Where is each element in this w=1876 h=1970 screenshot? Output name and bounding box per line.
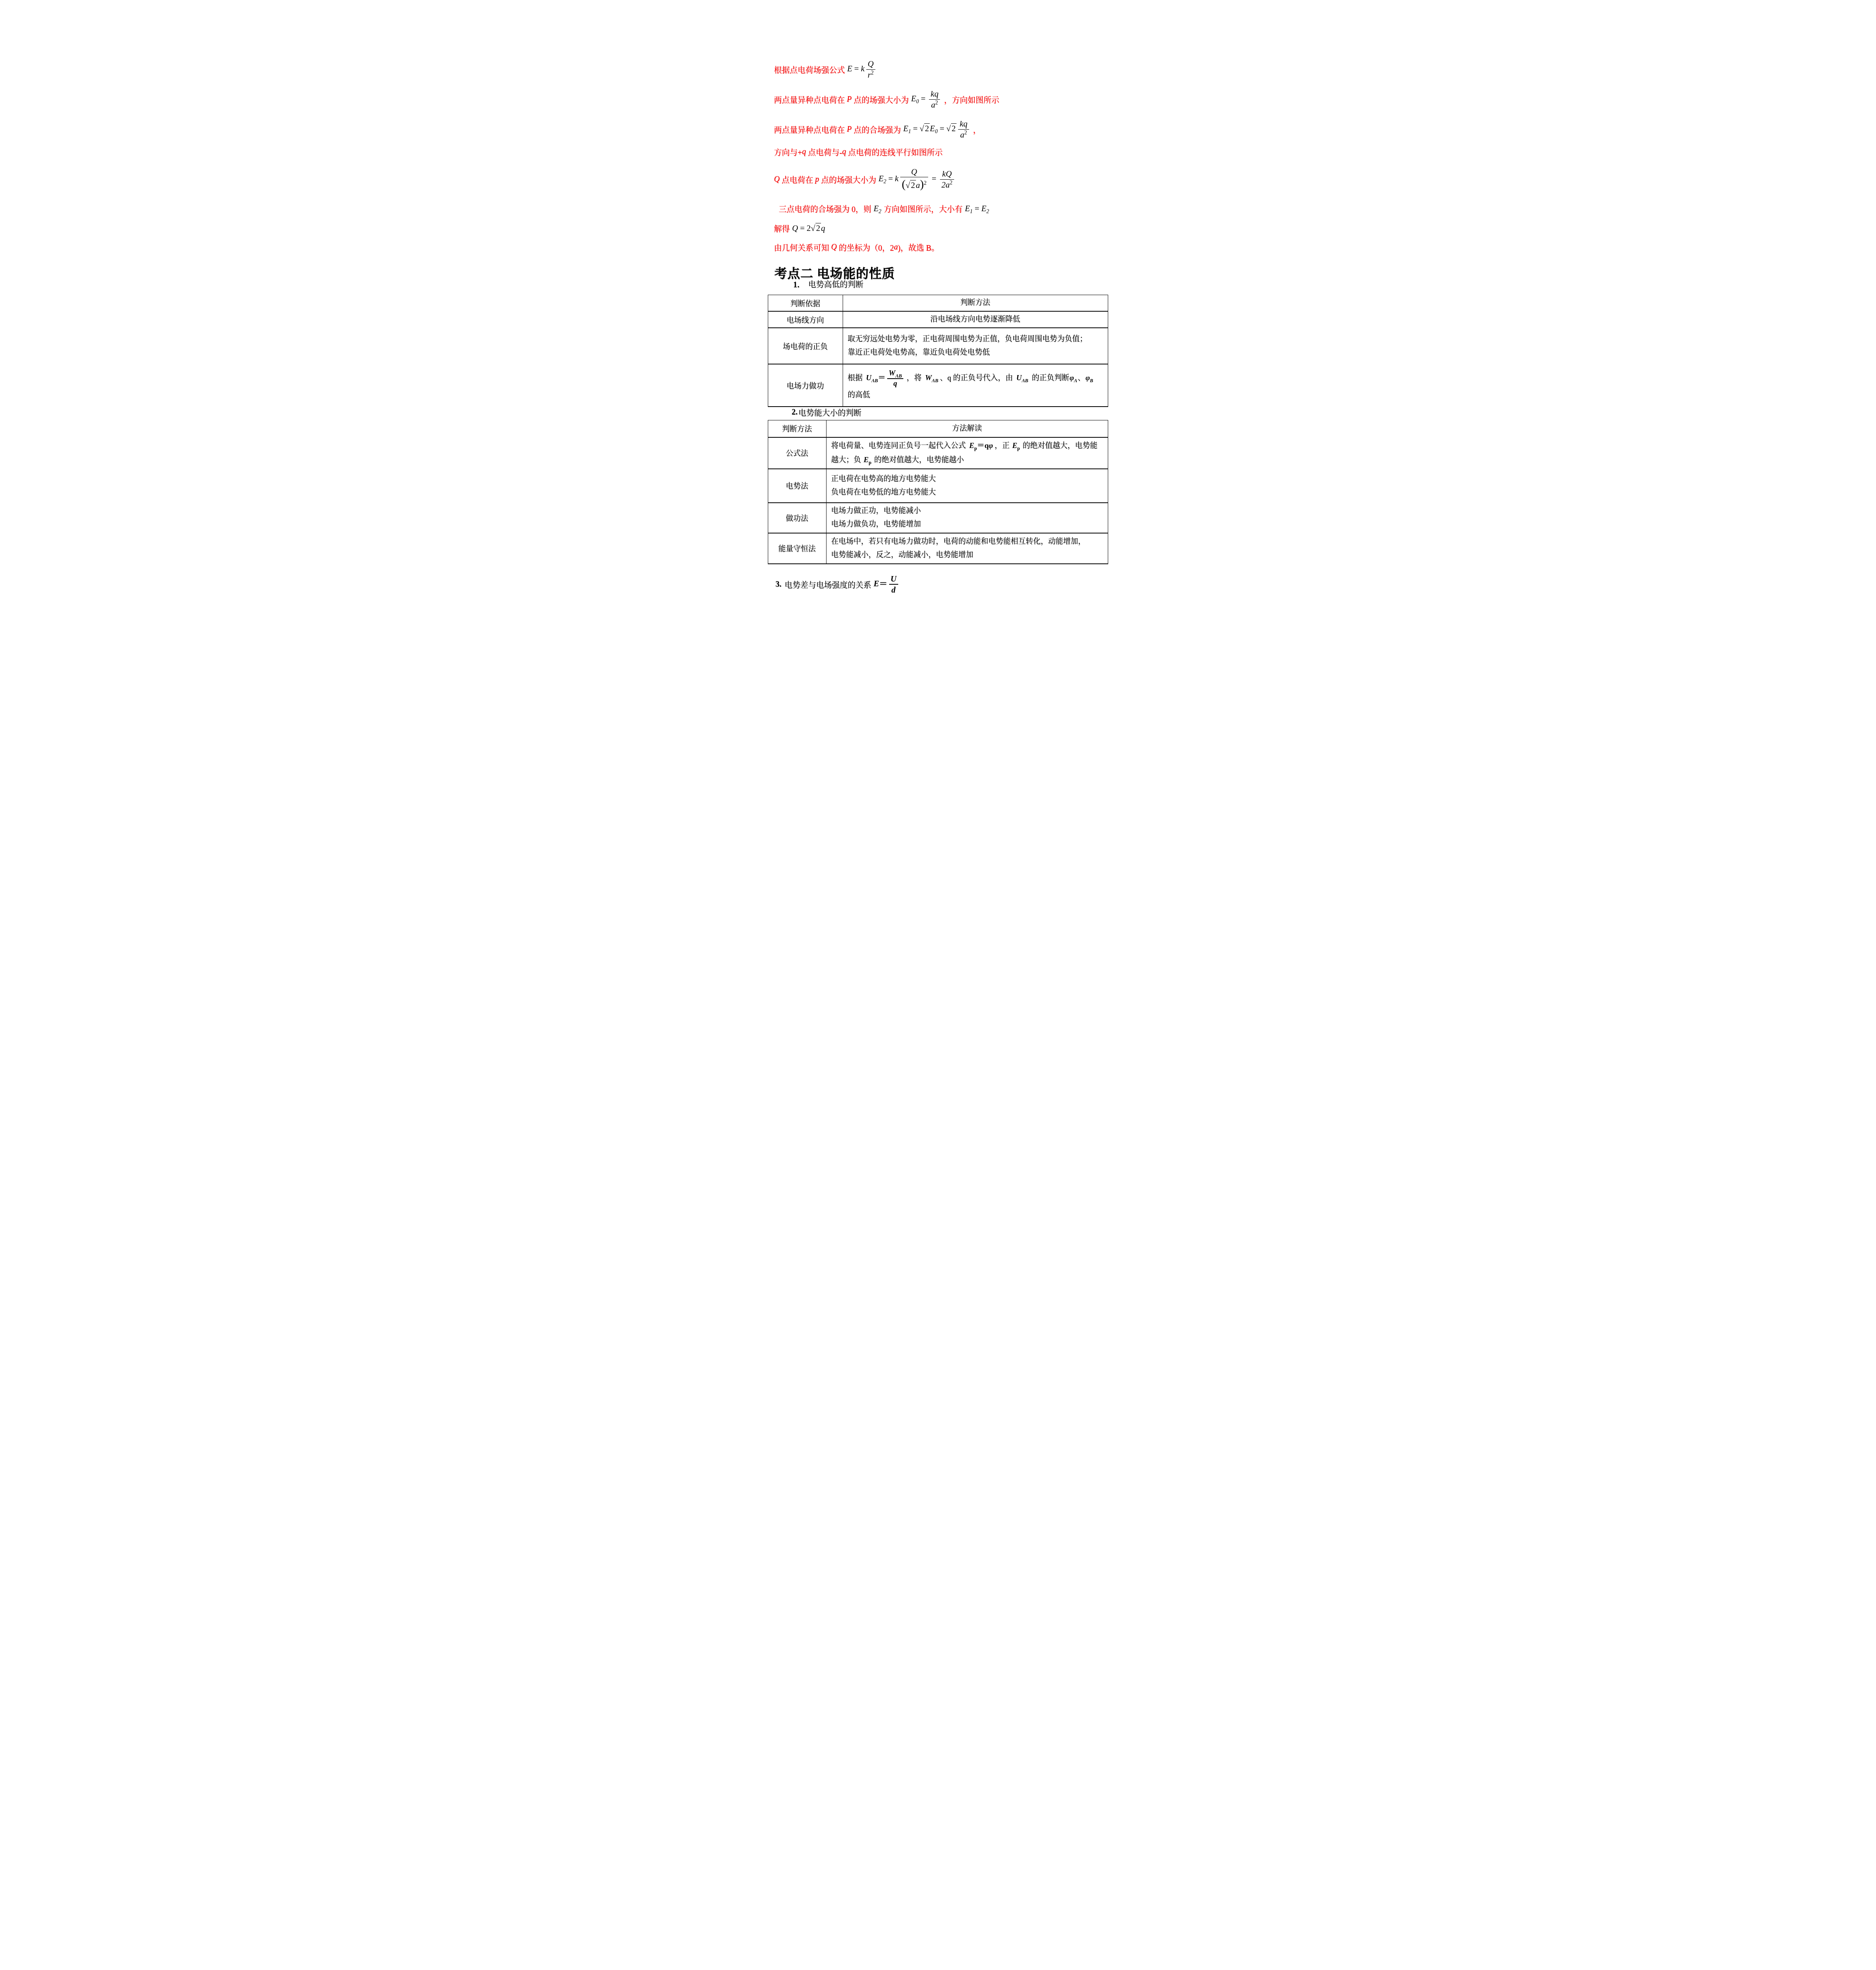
- var-E: E: [965, 204, 970, 213]
- var-Q: Q: [831, 243, 837, 252]
- operator-eq: =: [888, 174, 893, 183]
- numerator: U: [891, 574, 897, 584]
- row-content: 在电场中，若只有电场力做功时，电荷的动能和电势能相互转化，动能增加， 电势能减小…: [826, 533, 1108, 564]
- var-UAB: UAB: [1016, 374, 1028, 382]
- row-content: 根据 UAB＝WABq，将 WAB、q 的正负号代入，由 UAB 的正负判断φA…: [843, 364, 1108, 407]
- row-label: 公式法: [768, 437, 826, 469]
- table-row: 能量守恒法 在电场中，若只有电场力做功时，电荷的动能和电势能相互转化，动能增加，…: [768, 533, 1108, 564]
- row-content: 沿电场线方向电势逐渐降低: [843, 311, 1108, 328]
- var-E: E: [874, 204, 879, 213]
- numerator: W: [889, 369, 895, 377]
- subscript: A: [1074, 378, 1077, 383]
- formula-E1-eq-E2: E1=E2: [965, 204, 989, 214]
- var-E: E: [864, 456, 869, 464]
- coefficient: 2: [807, 223, 811, 233]
- var-a: a: [894, 243, 898, 252]
- formula-point-charge-field: E=kQr2: [847, 59, 877, 80]
- var-phiA: φA: [1070, 374, 1077, 382]
- fraction-U-d: Ud: [889, 574, 898, 595]
- subscript: 2: [879, 208, 881, 214]
- fraction-kQ-2a2: kQ2a2: [940, 169, 954, 190]
- content-text: 的绝对值越大，电势能越小: [872, 456, 964, 464]
- solution-text: 根据点电荷场强公式: [774, 64, 845, 75]
- formula-E2: E2=kQ(√2a)2=kQ2a2: [879, 167, 956, 192]
- row-label: 做功法: [768, 503, 826, 533]
- formula-Q-result: Q=2√2q: [792, 223, 825, 233]
- paren-left: (: [902, 178, 906, 191]
- row-label: 电场力做功: [768, 364, 843, 407]
- denominator: r: [868, 70, 871, 80]
- table-row: 公式法 将电荷量、电势连同正负号一起代入公式 Ep＝qφ，正 Ep 的绝对值越大…: [768, 437, 1108, 469]
- row-label: 场电荷的正负: [768, 328, 843, 364]
- numerator: kq: [931, 89, 938, 98]
- row-content: 电场力做正功，电势能减小 电场力做负功，电势能增加: [826, 503, 1108, 533]
- sqrt-sign: √: [906, 180, 910, 190]
- var-a: a: [916, 180, 920, 190]
- var-q: q: [984, 442, 989, 450]
- var-E: E: [1012, 442, 1017, 450]
- subscript: 1: [970, 208, 973, 214]
- subscript: AB: [932, 378, 938, 383]
- denominator: d: [892, 585, 896, 595]
- denominator: a: [931, 100, 936, 110]
- subscript: p: [974, 445, 977, 451]
- radicand: 2: [924, 123, 930, 133]
- content-line: 正电荷在电势高的地方电势能大: [831, 472, 1103, 486]
- list-item-2: 2. 电势能大小的判断: [792, 407, 862, 418]
- operator-eq: ＝: [879, 579, 888, 588]
- operator-eq: =: [913, 124, 918, 133]
- solution-line-5: Q 点电荷在 p 点的场强大小为 E2=kQ(√2a)2=kQ2a2: [774, 160, 958, 198]
- sqrt-sign: √: [946, 124, 951, 133]
- var-U: U: [866, 374, 871, 382]
- content-line: 电场力做正功，电势能减小: [831, 504, 1103, 518]
- denominator: q: [893, 379, 897, 388]
- list-item-3: 3. 电势差与电场强度的关系 E＝Ud: [776, 572, 902, 597]
- var-q: q: [821, 223, 825, 233]
- numerator: kQ: [942, 169, 952, 178]
- subscript: p: [869, 459, 871, 465]
- operator-eq: =: [921, 94, 925, 103]
- subscript: 0: [916, 98, 919, 104]
- sqrt-sign: √: [811, 223, 815, 233]
- row-label: 能量守恒法: [768, 533, 826, 564]
- solution-text: )，故选 B。: [898, 242, 939, 253]
- numerator: Q: [911, 167, 917, 177]
- solution-line-2: 两点量异种点电荷在 P 点的场强大小为 E0=kqa2 ，方向如图所示: [774, 85, 999, 113]
- var-p: p: [815, 175, 819, 184]
- table-header-row: 判断方法 方法解读: [768, 420, 1108, 437]
- exponent: 2: [935, 100, 938, 106]
- var-Ep: Ep: [864, 456, 871, 464]
- paren-right: ): [920, 178, 924, 191]
- formula-E2-ref: E2: [874, 204, 882, 214]
- var-q: q: [842, 147, 846, 156]
- subscript: B: [1090, 378, 1093, 383]
- var-Q: Q: [792, 223, 798, 233]
- var-E: E: [879, 174, 884, 183]
- solution-line-6: 三点电荷的合场强为 0，则 E2 方向如图所示，大小有 E1=E2: [779, 203, 992, 214]
- solution-text: 点的场强大小为: [854, 94, 909, 105]
- list-item-1: 1． 电势高低的判断: [793, 278, 864, 290]
- table-row: 电场力做功 根据 UAB＝WABq，将 WAB、q 的正负号代入，由 UAB 的…: [768, 364, 1108, 407]
- header-cell-method: 判断方法: [768, 420, 826, 437]
- solution-text: 方向如图所示，大小有: [884, 203, 962, 214]
- operator-eq: =: [854, 64, 859, 73]
- var-E: E: [874, 579, 879, 588]
- formula-E0: E0=kqa2: [911, 89, 942, 110]
- header-cell-explain: 方法解读: [826, 420, 1108, 437]
- fraction-WAB-q: WABq: [887, 369, 904, 388]
- solution-line-8: 由几何关系可知 Q 的坐标为（0，2a)，故选 B。: [774, 242, 939, 252]
- solution-line-4: 方向与+q 点电荷与-q 点电荷的连线平行如图所示: [774, 147, 943, 157]
- solution-text: 点电荷的连线平行如图所示: [848, 146, 942, 158]
- content-line: 取无穷远处电势为零，正电荷周围电势为正值，负电荷周围电势为负值；: [848, 333, 1103, 346]
- content-text: 将电荷量、电势连同正负号一起代入公式: [831, 442, 968, 450]
- var-E: E: [969, 442, 974, 450]
- fraction-kq-a2: kqa2: [958, 119, 969, 140]
- solution-text: 点的场强大小为: [821, 174, 876, 185]
- operator-eq: ＝: [878, 374, 886, 382]
- solution-line-3: 两点量异种点电荷在 P 点的合场强为 E1=√2E0=√2kqa2 ，: [774, 113, 981, 145]
- var-k: k: [861, 64, 864, 73]
- subscript: 2: [986, 208, 989, 214]
- fraction-Q-r2: Qr2: [866, 59, 875, 80]
- content-text: 、: [1077, 374, 1085, 382]
- content-text: ，正: [995, 442, 1012, 450]
- var-P: P: [847, 125, 852, 134]
- table-header-row: 判断依据 判断方法: [768, 295, 1108, 312]
- formula-Ep: Ep＝qφ: [969, 442, 993, 450]
- exponent: 2: [964, 130, 967, 136]
- var-W: W: [925, 374, 932, 382]
- content-text: 的高低: [848, 391, 870, 399]
- var-phi: φ: [1085, 374, 1090, 382]
- item-number: 2.: [792, 408, 798, 417]
- subscript: 0: [935, 128, 938, 134]
- item-number: 3.: [776, 580, 782, 589]
- solution-line-1: 根据点电荷场强公式 E=kQr2: [774, 56, 879, 83]
- content-line: 在电场中，若只有电场力做功时，电荷的动能和电势能相互转化，动能增加，: [831, 535, 1103, 548]
- row-content: 取无穷远处电势为零，正电荷周围电势为正值，负电荷周围电势为负值； 靠近正电荷处电…: [843, 328, 1108, 364]
- operator-eq: =: [975, 204, 979, 213]
- solution-text: 点电荷与-: [808, 146, 842, 158]
- solution-text: 两点量异种点电荷在: [774, 124, 845, 135]
- solution-text: 由几何关系可知: [774, 242, 829, 253]
- solution-text: ，方向如图所示: [944, 94, 999, 105]
- fraction-Q-sqrt2a: Q(√2a)2: [900, 167, 928, 192]
- potential-energy-table: 判断方法 方法解读 公式法 将电荷量、电势连同正负号一起代入公式 Ep＝qφ，正…: [768, 420, 1108, 564]
- operator-eq: =: [932, 174, 936, 183]
- solution-text: 点电荷在: [782, 174, 813, 185]
- solution-text: ，: [973, 124, 981, 135]
- subscript: AB: [895, 373, 902, 379]
- operator-eq: =: [940, 124, 944, 133]
- document-page: 根据点电荷场强公式 E=kQr2 两点量异种点电荷在 P 点的场强大小为 E0=…: [704, 0, 1173, 663]
- solution-text: 解得: [774, 223, 790, 234]
- item-text: 电势高低的判断: [808, 278, 864, 290]
- subscript: AB: [871, 378, 878, 383]
- row-content: 将电荷量、电势连同正负号一起代入公式 Ep＝qφ，正 Ep 的绝对值越大，电势能…: [826, 437, 1108, 469]
- item-number: 1．: [793, 278, 805, 290]
- solution-text: 方向与+: [774, 146, 802, 158]
- var-P: P: [847, 95, 852, 104]
- content-line: 电场力做负功，电势能增加: [831, 518, 1103, 531]
- content-text: 、q 的正负号代入，由: [940, 374, 1015, 382]
- var-phi: φ: [989, 442, 993, 450]
- content-text: ，将: [906, 374, 923, 382]
- operator-eq: =: [800, 223, 805, 233]
- var-E: E: [930, 124, 935, 133]
- table-row: 做功法 电场力做正功，电势能减小 电场力做负功，电势能增加: [768, 503, 1108, 533]
- var-E: E: [903, 124, 908, 133]
- formula-E1: E1=√2E0=√2kqa2: [903, 119, 971, 140]
- header-cell-basis: 判断依据: [768, 295, 843, 312]
- subscript: AB: [1022, 378, 1029, 383]
- numerator: Q: [868, 59, 874, 69]
- content-line: 负电荷在电势低的地方电势能大: [831, 486, 1103, 499]
- var-Ep: Ep: [1012, 442, 1020, 450]
- solution-text: 点的合场强为: [854, 124, 901, 135]
- solution-text: 两点量异种点电荷在: [774, 94, 845, 105]
- subscript: 2: [884, 178, 886, 184]
- solution-text: 的坐标为（0，2: [839, 242, 894, 253]
- var-Q: Q: [774, 175, 780, 184]
- exponent: 2: [924, 180, 927, 186]
- var-U: U: [1016, 374, 1022, 382]
- potential-judgment-table: 判断依据 判断方法 电场线方向 沿电场线方向电势逐渐降低 场电荷的正负 取无穷远…: [768, 295, 1108, 407]
- content-line: 电势能减小，反之，动能减小，电势能增加: [831, 548, 1103, 562]
- table-row: 电场线方向 沿电场线方向电势逐渐降低: [768, 311, 1108, 328]
- solution-line-7: 解得 Q=2√2q: [774, 219, 828, 237]
- operator-eq: ＝: [977, 442, 984, 450]
- item-text: 电势能大小的判断: [799, 407, 862, 418]
- header-cell-method: 判断方法: [843, 295, 1108, 312]
- content-line: 靠近正电荷处电势高，靠近负电荷处电势低: [848, 346, 1103, 359]
- row-label: 电场线方向: [768, 311, 843, 328]
- row-content: 正电荷在电势高的地方电势能大 负电荷在电势低的地方电势能大: [826, 469, 1108, 503]
- subscript: 1: [908, 128, 911, 134]
- row-label: 电势法: [768, 469, 826, 503]
- var-E: E: [981, 204, 986, 213]
- var-phi: φ: [1070, 374, 1074, 382]
- exponent: 2: [950, 180, 953, 186]
- var-E: E: [847, 64, 853, 73]
- solution-text: 三点电荷的合场强为 0，则: [779, 203, 871, 214]
- formula-E-U-d: E＝Ud: [874, 574, 900, 595]
- numerator: kq: [960, 119, 968, 128]
- sqrt-sign: √: [919, 124, 924, 133]
- formula-UAB: UAB＝WABq: [866, 374, 905, 382]
- content-text: 的正负判断: [1030, 374, 1069, 382]
- var-WAB: WAB: [925, 374, 938, 382]
- item-text: 电势差与电场强度的关系: [785, 579, 871, 590]
- exponent: 2: [871, 70, 874, 76]
- denominator: 2a: [942, 180, 950, 190]
- radicand: 2: [815, 223, 821, 233]
- var-k: k: [895, 174, 899, 183]
- subscript: p: [1017, 445, 1020, 451]
- var-q: q: [802, 147, 806, 156]
- fraction-kq-a2: kqa2: [929, 89, 940, 110]
- radicand: 2: [910, 180, 916, 190]
- var-E: E: [911, 94, 916, 103]
- var-phiB: φB: [1085, 374, 1093, 382]
- content-text: 根据: [848, 374, 865, 382]
- radicand: 2: [951, 123, 957, 133]
- denominator: a: [960, 130, 964, 139]
- table-row: 场电荷的正负 取无穷远处电势为零，正电荷周围电势为正值，负电荷周围电势为负值； …: [768, 328, 1108, 364]
- table-row: 电势法 正电荷在电势高的地方电势能大 负电荷在电势低的地方电势能大: [768, 469, 1108, 503]
